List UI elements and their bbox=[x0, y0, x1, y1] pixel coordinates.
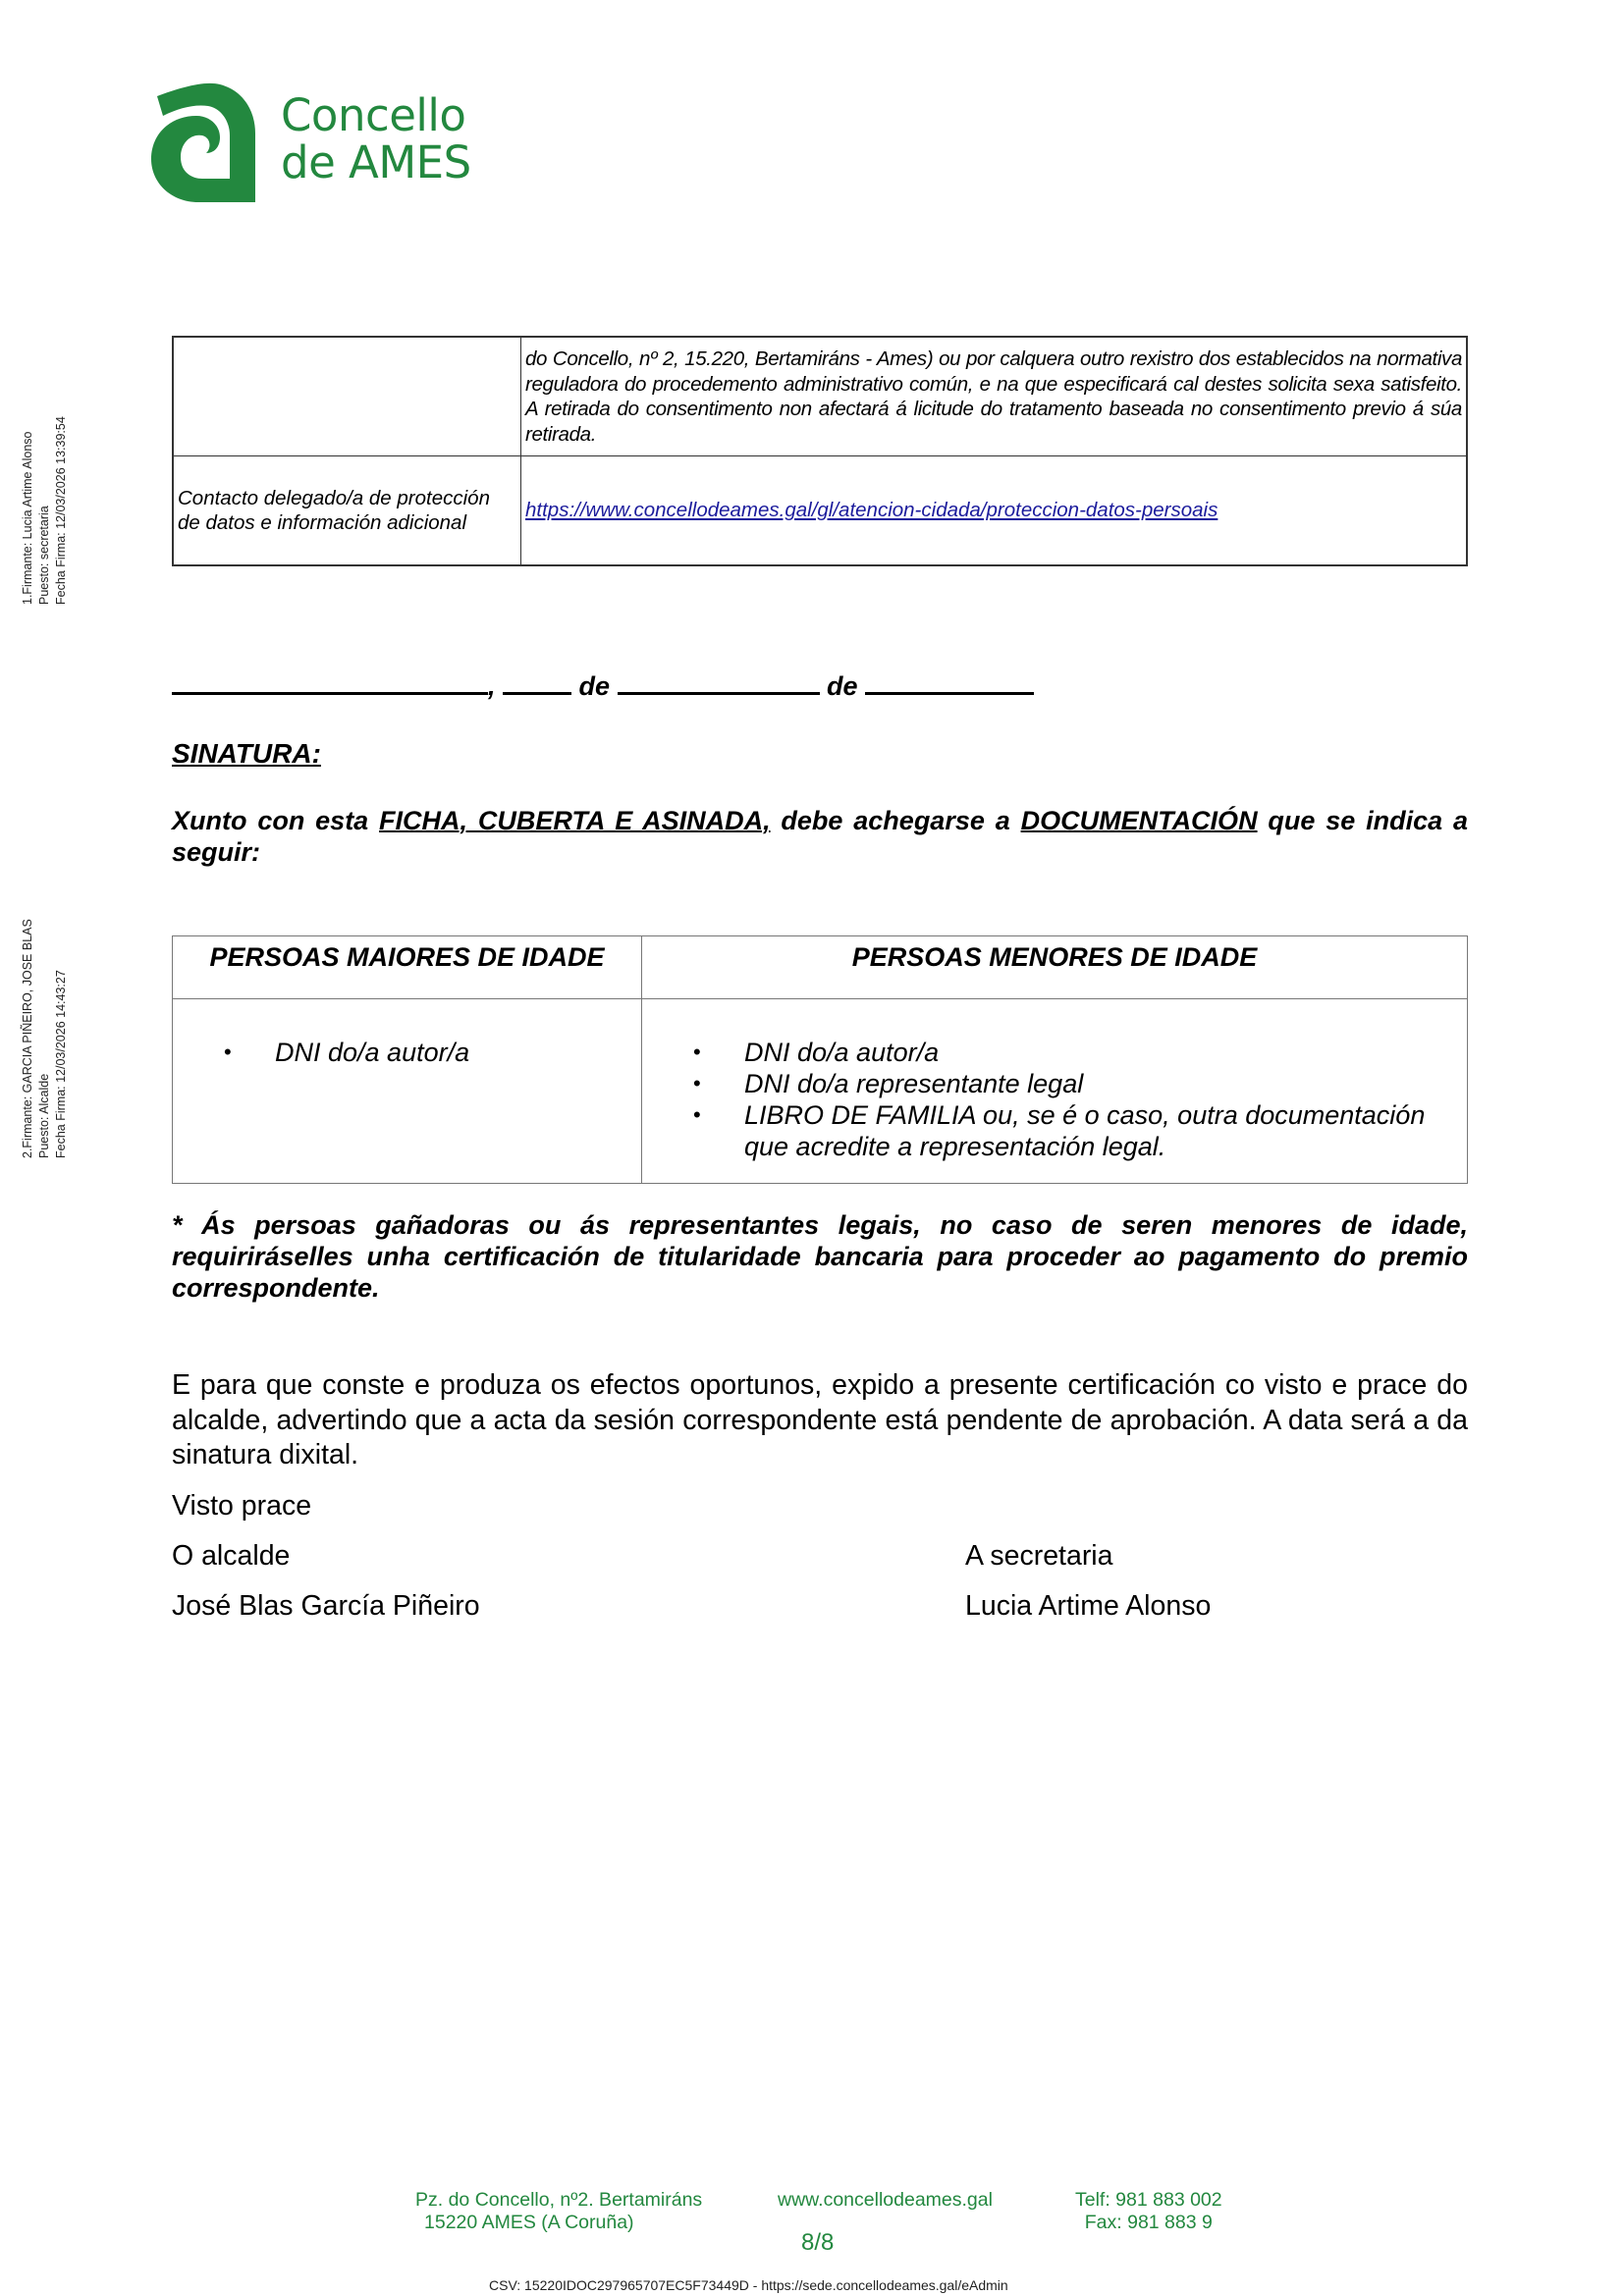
date-de-label: de bbox=[571, 671, 618, 701]
table-cell-label: Contacto delegado/a de protección de dat… bbox=[173, 456, 521, 566]
date-de-label: de bbox=[820, 671, 866, 701]
date-place-line: , de de bbox=[172, 666, 1034, 702]
signer-position: Puesto: secretaria bbox=[36, 416, 53, 605]
minors-documents-list: DNI do/a autor/a DNI do/a representante … bbox=[642, 999, 1467, 1162]
instructions-emphasis: FICHA, CUBERTA E ASINADA, bbox=[379, 806, 771, 835]
signer-name: 1.Firmante: Lucia Artime Alonso bbox=[20, 416, 36, 605]
list-item: LIBRO DE FAMILIA ou, se é o caso, outra … bbox=[642, 1099, 1467, 1162]
logo-line-2: de AMES bbox=[281, 139, 471, 187]
table-row: do Concello, nº 2, 15.220, Bertamiráns -… bbox=[173, 337, 1467, 456]
required-documents-table: PERSOAS MAIORES DE IDADE PERSOAS MENORES… bbox=[172, 935, 1468, 1184]
header-adults: PERSOAS MAIORES DE IDADE bbox=[173, 936, 642, 999]
secretary-role: A secretaria bbox=[965, 1540, 1113, 1573]
day-blank[interactable] bbox=[503, 666, 571, 695]
list-item: DNI do/a representante legal bbox=[642, 1068, 1467, 1099]
month-blank[interactable] bbox=[618, 666, 820, 695]
visto-prace-label: Visto prace bbox=[172, 1490, 311, 1522]
table-row: DNI do/a autor/a DNI do/a autor/a DNI do… bbox=[173, 999, 1468, 1184]
footer-fax: Fax: 981 883 9 bbox=[1075, 2212, 1222, 2234]
logo-wordmark: Concello de AMES bbox=[281, 92, 471, 187]
minors-documents-cell: DNI do/a autor/a DNI do/a representante … bbox=[642, 999, 1468, 1184]
instructions-emphasis: DOCUMENTACIÓN bbox=[1021, 806, 1258, 835]
signer-position: Puesto: Alcalde bbox=[36, 919, 53, 1158]
table-cell-text: do Concello, nº 2, 15.220, Bertamiráns -… bbox=[521, 337, 1468, 456]
table-row: Contacto delegado/a de protección de dat… bbox=[173, 456, 1467, 566]
adults-documents-list: DNI do/a autor/a bbox=[173, 999, 641, 1068]
instructions-text: Xunto con esta bbox=[172, 806, 379, 835]
concello-ames-logo: Concello de AMES bbox=[149, 77, 473, 204]
table-cell-link: https://www.concellodeames.gal/gl/atenci… bbox=[521, 456, 1468, 566]
signature-heading: SINATURA: bbox=[172, 738, 321, 770]
side-signature-1: 1.Firmante: Lucia Artime Alonso Puesto: … bbox=[20, 416, 70, 605]
instructions-text: debe achegarse a bbox=[771, 806, 1021, 835]
place-blank[interactable] bbox=[172, 666, 488, 695]
table-header-row: PERSOAS MAIORES DE IDADE PERSOAS MENORES… bbox=[173, 936, 1468, 999]
concello-ames-a-logo-icon bbox=[149, 77, 257, 204]
list-item: DNI do/a autor/a bbox=[173, 1037, 641, 1068]
mayor-name: José Blas García Piñeiro bbox=[172, 1590, 480, 1623]
signature-date: Fecha Firma: 12/03/2026 13:39:54 bbox=[53, 416, 70, 605]
list-item: DNI do/a autor/a bbox=[642, 1037, 1467, 1068]
secretary-name: Lucia Artime Alonso bbox=[965, 1590, 1211, 1623]
date-separator: , bbox=[488, 671, 503, 701]
logo-line-1: Concello bbox=[281, 92, 471, 139]
data-protection-link[interactable]: https://www.concellodeames.gal/gl/atenci… bbox=[525, 499, 1218, 521]
mayor-role: O alcalde bbox=[172, 1540, 290, 1573]
signature-date: Fecha Firma: 12/03/2026 14:43:27 bbox=[53, 919, 70, 1158]
adults-documents-cell: DNI do/a autor/a bbox=[173, 999, 642, 1184]
documentation-instructions: Xunto con esta FICHA, CUBERTA E ASINADA,… bbox=[172, 805, 1468, 868]
signer-name: 2.Firmante: GARCIA PIÑEIRO, JOSE BLAS bbox=[20, 919, 36, 1158]
address-line-2: 15220 AMES (A Coruña) bbox=[415, 2212, 702, 2234]
footer-website[interactable]: www.concellodeames.gal bbox=[778, 2189, 993, 2212]
footer-contact: Telf: 981 883 002 Fax: 981 883 9 bbox=[1075, 2189, 1222, 2234]
csv-verification-code: CSV: 15220IDOC297965707EC5F73449D - http… bbox=[489, 2277, 1008, 2293]
data-protection-table: do Concello, nº 2, 15.220, Bertamiráns -… bbox=[172, 336, 1468, 566]
table-cell-label bbox=[173, 337, 521, 456]
certification-paragraph: E para que conste e produza os efectos o… bbox=[172, 1368, 1468, 1473]
footer-address: Pz. do Concello, nº2. Bertamiráns 15220 … bbox=[415, 2189, 702, 2234]
page-number: 8/8 bbox=[801, 2231, 834, 2254]
side-signature-2: 2.Firmante: GARCIA PIÑEIRO, JOSE BLAS Pu… bbox=[20, 919, 70, 1158]
year-blank[interactable] bbox=[865, 666, 1034, 695]
header-minors: PERSOAS MENORES DE IDADE bbox=[642, 936, 1468, 999]
winners-bank-note: * Ás persoas gañadoras ou ás representan… bbox=[172, 1209, 1468, 1304]
address-line-1: Pz. do Concello, nº2. Bertamiráns bbox=[415, 2189, 702, 2212]
footer-phone: Telf: 981 883 002 bbox=[1075, 2189, 1222, 2212]
